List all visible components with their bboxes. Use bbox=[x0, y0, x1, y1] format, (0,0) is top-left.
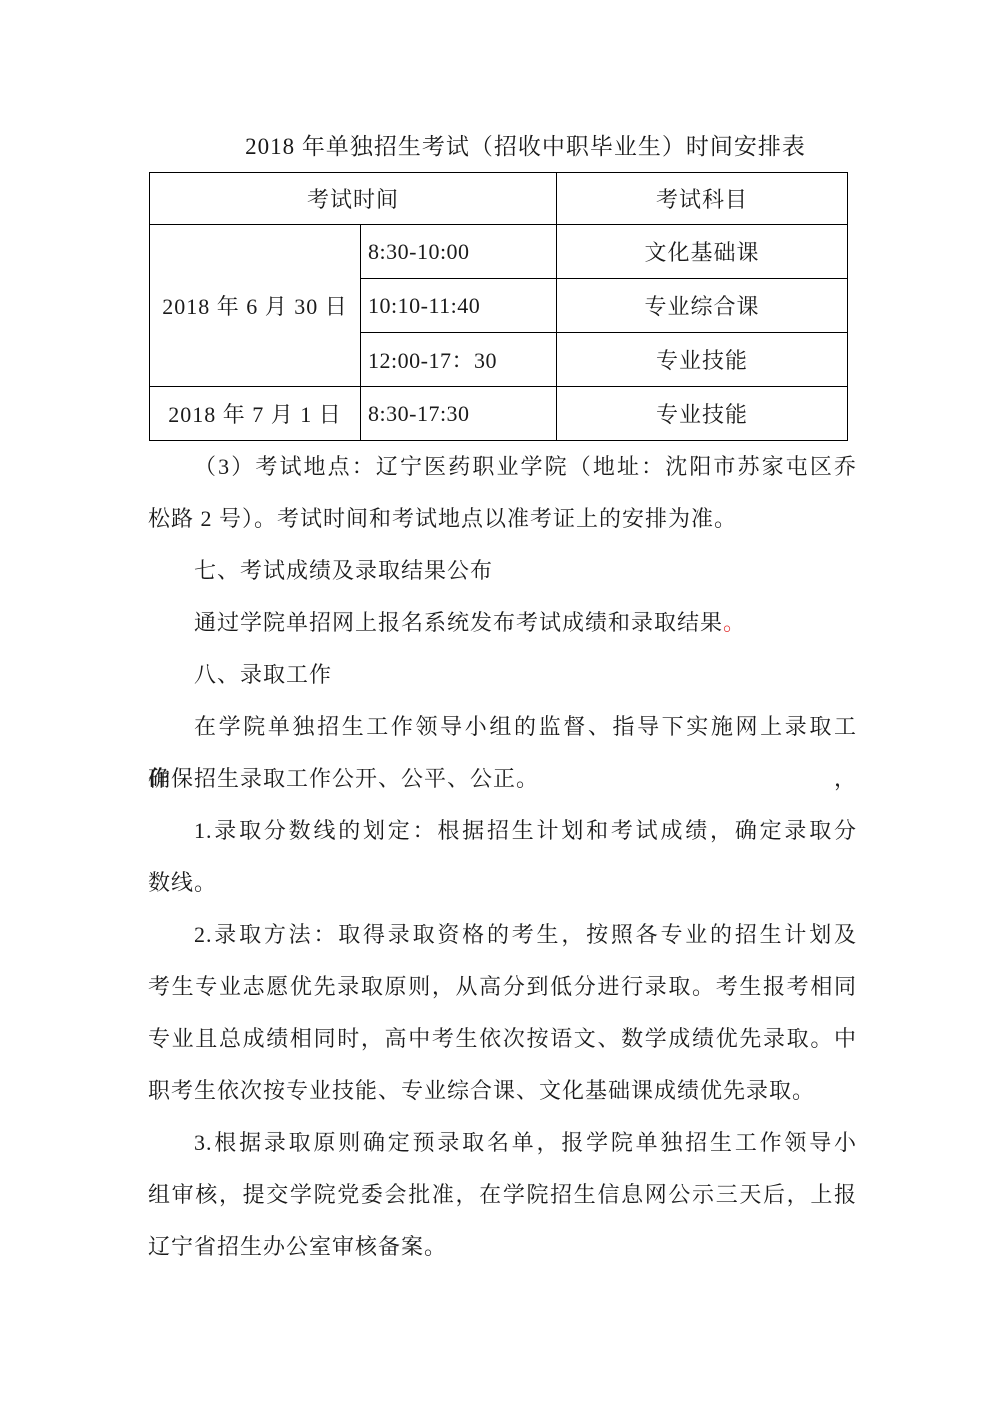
cell-subject: 文化基础课 bbox=[557, 225, 848, 279]
table-header-row: 考试时间 考试科目 bbox=[150, 173, 848, 225]
text-line: 辽宁省招生办公室审核备案。 bbox=[148, 1221, 857, 1273]
text-line: 1.录取分数线的划定：根据招生计划和考试成绩，确定录取分 bbox=[148, 805, 857, 857]
table-row: 2018 年 7 月 1 日 8:30-17:30 专业技能 bbox=[150, 387, 848, 441]
cell-time: 10:10-11:40 bbox=[361, 279, 557, 333]
red-period: 。 bbox=[723, 610, 746, 635]
cell-time: 8:30-10:00 bbox=[361, 225, 557, 279]
cell-subject: 专业综合课 bbox=[557, 279, 848, 333]
table-row: 2018 年 6 月 30 日 8:30-10:00 文化基础课 bbox=[150, 225, 848, 279]
table-header-exam-time: 考试时间 bbox=[150, 173, 557, 225]
text-line: 职考生依次按专业技能、专业综合课、文化基础课成绩优先录取。 bbox=[148, 1065, 857, 1117]
text-line: 松路 2 号）。考试时间和考试地点以准考证上的安排为准。 bbox=[148, 493, 857, 545]
cell-date-june30: 2018 年 6 月 30 日 bbox=[150, 225, 361, 387]
cell-subject: 专业技能 bbox=[557, 333, 848, 387]
cell-date-july1: 2018 年 7 月 1 日 bbox=[150, 387, 361, 441]
section-heading-seven: 七、考试成绩及录取结果公布 bbox=[148, 545, 857, 597]
text-line: 专业且总成绩相同时，高中考生依次按语文、数学成绩优先录取。中 bbox=[148, 1013, 857, 1065]
cell-time: 8:30-17:30 bbox=[361, 387, 557, 441]
cell-time: 12:00-17：30 bbox=[361, 333, 557, 387]
text-line: 3.根据录取原则确定预录取名单，报学院单独招生工作领导小 bbox=[148, 1117, 857, 1169]
text-line: 数线。 bbox=[148, 857, 857, 909]
section-heading-eight: 八、录取工作 bbox=[148, 649, 857, 701]
text-line: 考生专业志愿优先录取原则，从高分到低分进行录取。考生报考相同 bbox=[148, 961, 857, 1013]
text-line: 在学院单独招生工作领导小组的监督、指导下实施网上录取工作， bbox=[148, 701, 857, 753]
cell-subject: 专业技能 bbox=[557, 387, 848, 441]
text-line: （3）考试地点：辽宁医药职业学院（地址：沈阳市苏家屯区乔 bbox=[148, 441, 857, 493]
text-line: 组审核，提交学院党委会批准，在学院招生信息网公示三天后，上报 bbox=[148, 1169, 857, 1221]
document-page: { "document": { "title": "2018 年单独招生考试（招… bbox=[0, 0, 992, 1403]
exam-schedule-table: 考试时间 考试科目 2018 年 6 月 30 日 8:30-10:00 文化基… bbox=[149, 172, 848, 441]
text-line: 2.录取方法：取得录取资格的考生，按照各专业的招生计划及 bbox=[148, 909, 857, 961]
text-line: 通过学院单招网上报名系统发布考试成绩和录取结果。 bbox=[148, 597, 857, 649]
document-title: 2018 年单独招生考试（招收中职毕业生）时间安排表 bbox=[148, 132, 855, 162]
document-body: （3）考试地点：辽宁医药职业学院（地址：沈阳市苏家屯区乔 松路 2 号）。考试时… bbox=[148, 441, 857, 1273]
table-header-exam-subject: 考试科目 bbox=[557, 173, 848, 225]
text-segment: 通过学院单招网上报名系统发布考试成绩和录取结果 bbox=[194, 610, 723, 635]
